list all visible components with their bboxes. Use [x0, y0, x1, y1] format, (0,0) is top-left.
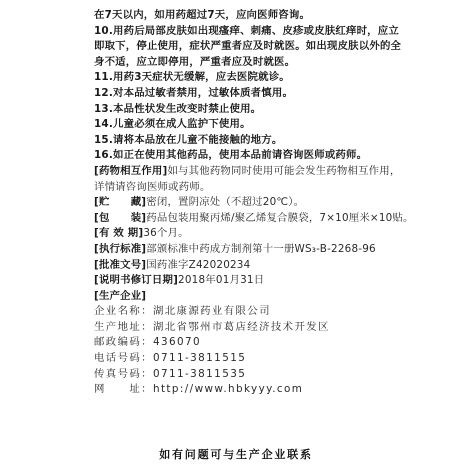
- drug-instructions: 在7天以内，如用药超过7天，应向医师咨询。 10.用药后局部皮肤如出现瘙痒、刺痛…: [94, 8, 414, 398]
- interactions-label: [药物相互作用]: [94, 165, 167, 177]
- interactions-section: [药物相互作用]如与其他药物同时使用可能会发生药物相互作用，: [94, 164, 414, 180]
- manufacturer-address: 生产地址：湖北省鄂州市葛店经济技术开发区: [94, 320, 414, 336]
- revision-text: 2018年01月31日: [178, 274, 264, 286]
- storage-label: [贮 藏]: [94, 196, 146, 208]
- precaution-line: 12.对本品过敏者禁用，过敏体质者慎用。: [94, 86, 414, 102]
- precaution-line: 13.本品性状发生改变时禁止使用。: [94, 102, 414, 118]
- precaution-line: 身不适，应立即停用，严重者应及时就医。: [94, 55, 414, 71]
- manufacturer-phone: 电话号码：0711-3811515: [94, 351, 414, 367]
- manufacturer-label: [生产企业]: [94, 289, 414, 305]
- package-section: [包 装]药品包装用聚丙烯/聚乙烯复合膜袋，7×10厘米×10贴。: [94, 211, 414, 227]
- package-text: 药品包装用聚丙烯/聚乙烯复合膜袋，7×10厘米×10贴。: [146, 212, 413, 224]
- storage-text: 密闭，置阴凉处（不超过20℃）。: [146, 196, 304, 208]
- manufacturer-name: 企业名称：湖北康源药业有限公司: [94, 304, 414, 320]
- approval-label: [批准文号]: [94, 259, 146, 271]
- interactions-text: 如与其他药物同时使用可能会发生药物相互作用，: [167, 165, 400, 177]
- revision-label: [说明书修订日期]: [94, 274, 178, 286]
- precaution-line: 14.儿童必须在成人监护下使用。: [94, 117, 414, 133]
- validity-section: [有 效 期]36个月。: [94, 226, 414, 242]
- approval-section: [批准文号]国药准字Z42020234: [94, 258, 414, 274]
- precaution-line: 11.用药3天症状无缓解，应去医院就诊。: [94, 70, 414, 86]
- standard-section: [执行标准]部颁标准中药成方制剂第十一册WS₃-B-2268-96: [94, 242, 414, 258]
- validity-text: 36个月。: [143, 227, 188, 239]
- revision-section: [说明书修订日期]2018年01月31日: [94, 273, 414, 289]
- package-label: [包 装]: [94, 212, 146, 224]
- interactions-text-cont: 详情请咨询医师或药师。: [94, 180, 414, 196]
- precaution-line: 在7天以内，如用药超过7天，应向医师咨询。: [94, 8, 414, 24]
- precaution-line: 16.如正在使用其他药品，使用本品前请咨询医师或药师。: [94, 148, 414, 164]
- validity-label: [有 效 期]: [94, 227, 143, 239]
- precaution-line: 15.请将本品放在儿童不能接触的地方。: [94, 133, 414, 149]
- contact-footer: 如有问题可与生产企业联系: [0, 446, 472, 462]
- precaution-line: 10.用药后局部皮肤如出现瘙痒、刺痛、皮疹或皮肤红痒时，应立: [94, 24, 414, 40]
- standard-label: [执行标准]: [94, 243, 146, 255]
- manufacturer-postcode: 邮政编码：436070: [94, 335, 414, 351]
- precaution-line: 即取下，停止使用，症状严重者应及时就医。如出现皮肤以外的全: [94, 39, 414, 55]
- approval-text: 国药准字Z42020234: [146, 259, 250, 271]
- manufacturer-website: 网 址：http://www.hbkyyy.com: [94, 382, 414, 398]
- storage-section: [贮 藏]密闭，置阴凉处（不超过20℃）。: [94, 195, 414, 211]
- standard-text: 部颁标准中药成方制剂第十一册WS₃-B-2268-96: [146, 243, 376, 255]
- manufacturer-fax: 传真号码：0711-3811535: [94, 367, 414, 383]
